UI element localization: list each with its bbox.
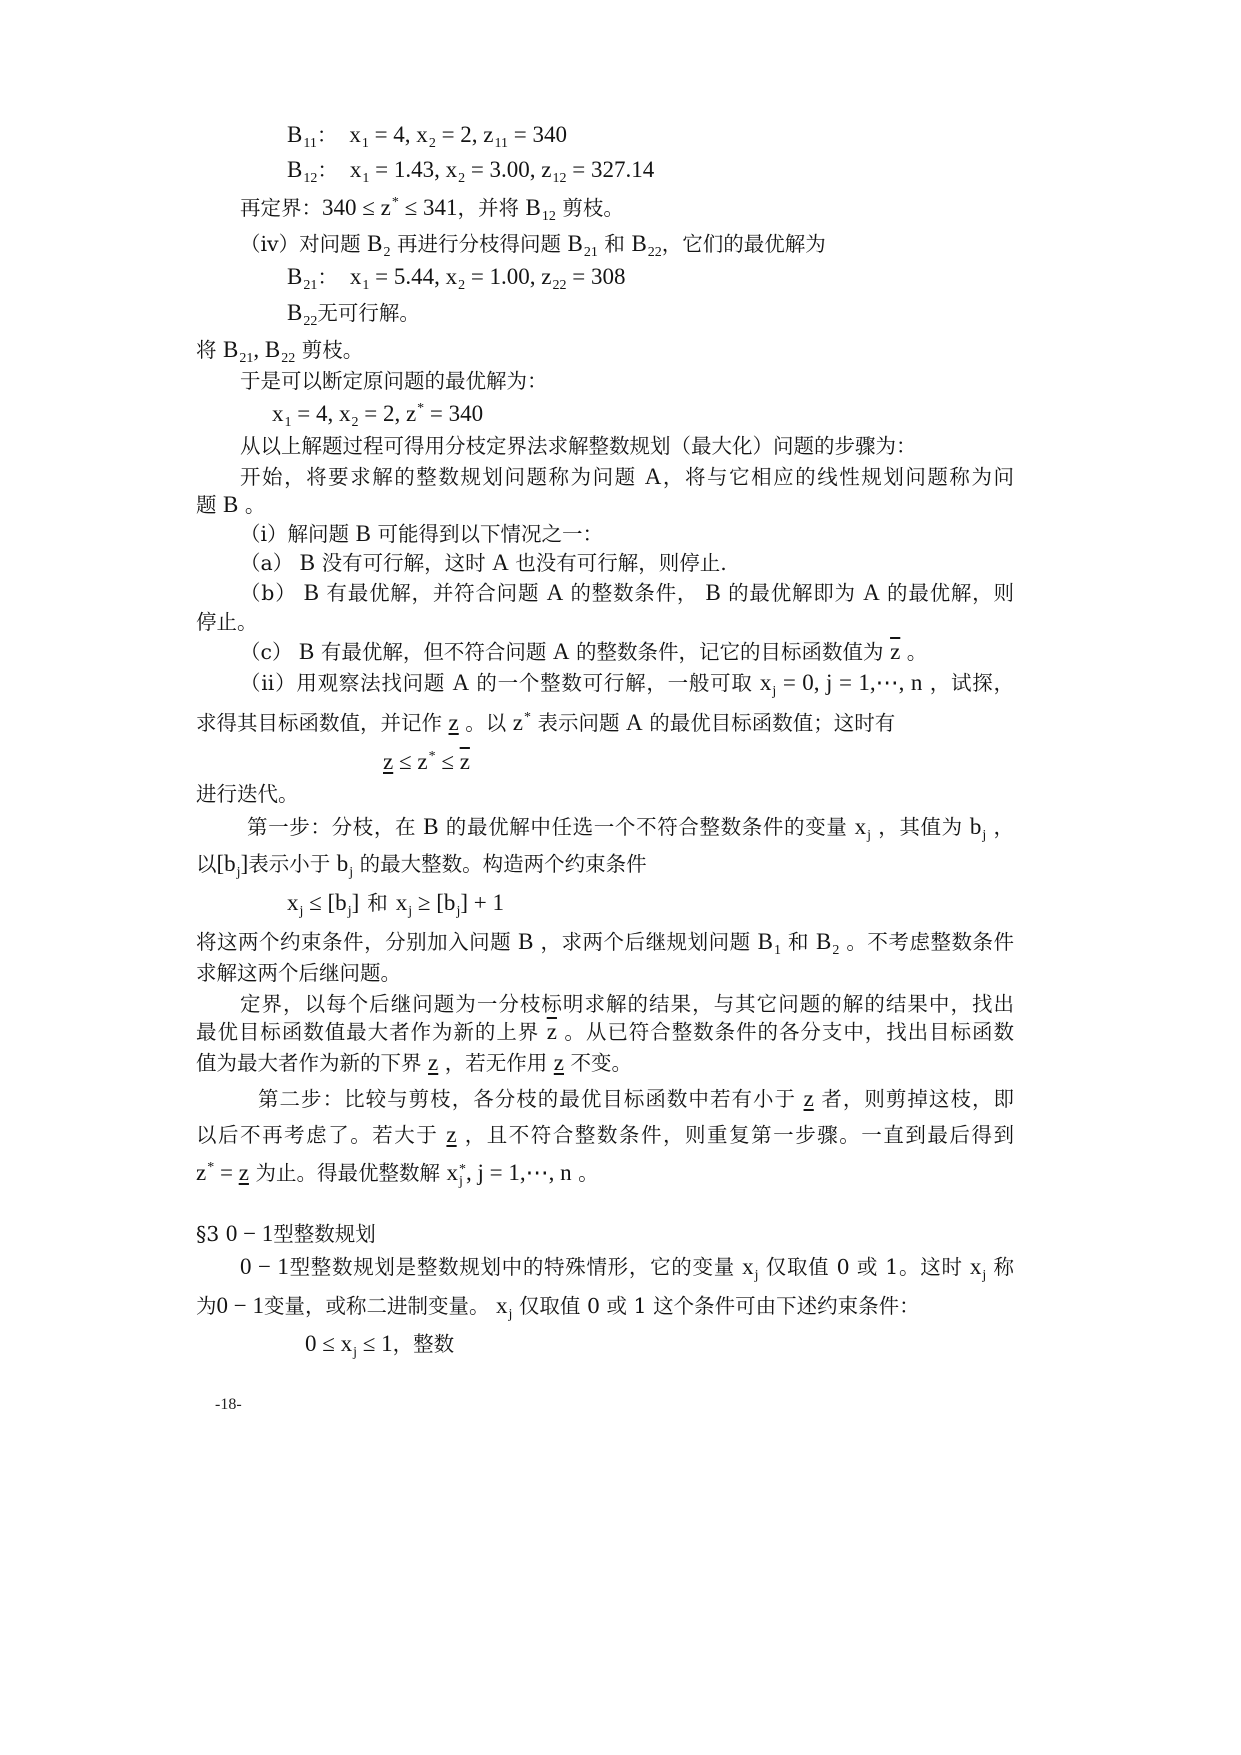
math-text: , B [253, 337, 280, 362]
superscript: * [392, 195, 399, 210]
text-line: z* = z 为止。得最优整数解 x*j, j = 1,⋯, n 。 [196, 1158, 599, 1188]
text-run: 剪枝。 [295, 338, 363, 362]
problem-label: A [645, 464, 662, 489]
text-line: 将这两个约束条件，分别加入问题 B ，求两个后继规划问题 B1 和 B2 。不考… [196, 927, 1014, 957]
text-run: ，并将 [457, 196, 525, 220]
text-run: 仅取值 0 或 1。这时 [759, 1255, 970, 1279]
text-run: 没有可行解，这时 [315, 551, 492, 575]
text-line: 以后不再考虑了。若大于 z ，且不符合整数条件，则重复第一步骤。一直到最后得到 [196, 1120, 1014, 1150]
text-run: 。以 [459, 711, 513, 735]
problem-label: B [816, 929, 831, 954]
math-text: 0 − 1 [226, 1221, 273, 1246]
problem-label: B [518, 929, 533, 954]
text-line: 值为最大者作为新的下界 z ，若无作用 z 不变。 [196, 1048, 632, 1078]
math-text: x [970, 1254, 982, 1279]
text-run: ： [317, 158, 338, 182]
math-text: x [396, 890, 408, 915]
math-text: ≤ [436, 749, 460, 774]
problem-label: B [367, 231, 382, 256]
text-run: 有最优解，并符合问题 [319, 581, 546, 605]
problem-label: B [423, 814, 438, 839]
subproblem-b11-result: B11：x1 = 4, x2 = 2, z11 = 340 [287, 120, 567, 150]
problem-label: A [863, 580, 880, 605]
text-line: 进行迭代。 [196, 779, 299, 809]
problem-label: B [631, 231, 646, 256]
text-run: （c） [240, 640, 299, 664]
subscript: 12 [542, 209, 556, 224]
lower-bound-z: z [446, 1122, 456, 1147]
problem-label: B [287, 264, 302, 289]
text-run: 最优目标函数值最大者作为新的上界 [196, 1020, 547, 1044]
document-page: B11：x1 = 4, x2 = 2, z11 = 340 B12：x1 = 1… [0, 0, 1241, 1755]
math-text: 0 − 1 [240, 1254, 289, 1279]
subscript: 22 [648, 245, 662, 260]
math-text: x [287, 890, 299, 915]
subscript: 21 [303, 278, 317, 293]
binary-constraint-formula: 0 ≤ xj ≤ 1，整数 [305, 1329, 454, 1359]
math-text: ≤ [b [303, 890, 346, 915]
text-line: （b） B 有最优解，并符合问题 A 的整数条件， B 的最优解即为 A 的最优… [240, 578, 1014, 608]
text-run: 不变。 [564, 1051, 632, 1075]
subscript: 22 [303, 314, 317, 329]
problem-label: A [626, 710, 643, 735]
subscript: 1 [362, 136, 369, 151]
text-line: 第一步：分枝，在 B 的最优解中任选一个不符合整数条件的变量 xj ，其值为 b… [247, 812, 1014, 842]
text-line: （i）解问题 B 可能得到以下情况之一： [240, 519, 603, 549]
text-run: 的整数条件， [563, 581, 705, 605]
branching-constraints: xj ≤ [bj]和xj ≥ [bj] + 1 [287, 888, 504, 918]
text-run: ，求两个后继规划问题 [534, 930, 758, 954]
text-line: 停止。 [196, 607, 258, 637]
math-text: ≤ 341 [399, 195, 458, 220]
math-text: = 1.00, z [465, 264, 551, 289]
text-run: 的最优解即为 [721, 581, 863, 605]
subscript: 21 [584, 245, 598, 260]
text-run: ，它们的最优解为 [662, 232, 826, 256]
text-run: 求得其目标函数值，并记作 [196, 711, 449, 735]
lower-bound-z: z [428, 1050, 438, 1075]
text-run: ，其值为 [871, 815, 970, 839]
bounds-inequality: z ≤ z* ≤ z [383, 747, 470, 777]
text-run: ，将与它相应的线性规划问题称为问 [661, 465, 1014, 489]
text-run: ，试探， [922, 671, 1014, 695]
problem-label: B [356, 521, 371, 546]
subscript: 12 [553, 171, 567, 186]
math-text: 0 ≤ x [305, 1331, 352, 1356]
text-run: 的一个整数可行解，一般可取 [469, 671, 760, 695]
text-run: 可能得到以下情况之一： [371, 522, 603, 546]
text-run: 的整数条件，记它的目标函数值为 [570, 640, 891, 664]
text-run: ，且不符合整数条件，则重复第一步骤。一直到最后得到 [457, 1123, 1014, 1147]
text-run: 。 [900, 640, 927, 664]
math-text: z [196, 1160, 206, 1185]
text-line: 从以上解题过程可得用分枝定界法求解整数规划（最大化）问题的步骤为： [240, 431, 917, 461]
text-run: 求解这两个后继问题。 [196, 961, 401, 985]
math-text: = 308 [567, 264, 626, 289]
lower-bound-z: z [383, 749, 393, 774]
text-run: （i）解问题 [240, 522, 356, 546]
subproblem-b12-result: B12：x1 = 1.43, x2 = 3.00, z12 = 327.14 [287, 155, 654, 185]
text-line: （ii）用观察法找问题 A 的一个整数可行解，一般可取 xj = 0, j = … [240, 668, 1014, 698]
math-text: b [970, 814, 982, 839]
text-run: 和 [781, 930, 816, 954]
subscript: 1 [285, 415, 292, 430]
text-run: 将 [196, 338, 223, 362]
text-run: 表示小于 [248, 852, 337, 876]
problem-label: B [287, 300, 302, 325]
math-text: = 340 [424, 401, 483, 426]
math-text: = 5.44, x [369, 264, 457, 289]
math-text: ≤ z [393, 749, 427, 774]
math-text: x [446, 1160, 458, 1185]
text-line: （a） B 没有可行解，这时 A 也没有可行解，则停止. [240, 548, 727, 578]
math-text: ≤ 1 [357, 1331, 393, 1356]
problem-label: B [223, 492, 238, 517]
text-run: 变量，或称二进制变量。 [264, 1294, 496, 1318]
text-run: 。从已符合整数条件的各分支中，找出目标函数 [557, 1020, 1014, 1044]
upper-bound-z: z [547, 1019, 557, 1044]
text-line: 为0 − 1变量，或称二进制变量。 xj 仅取值 0 或 1 这个条件可由下述约… [196, 1291, 920, 1321]
text-run: 和 [598, 232, 632, 256]
math-text: x [742, 1254, 754, 1279]
upper-bound-z: z [460, 749, 470, 774]
subscript: 11 [495, 136, 508, 151]
text-run: 再进行分枝得问题 [391, 232, 568, 256]
problem-label: B [705, 580, 720, 605]
text-run: 第二步：比较与剪枝，各分枝的最优目标函数中若有小于 [258, 1087, 804, 1111]
problem-label: A [547, 580, 564, 605]
text-line: 最优目标函数值最大者作为新的上界 z 。从已符合整数条件的各分支中，找出目标函数 [196, 1017, 1014, 1047]
math-text: = 4, x [369, 122, 428, 147]
math-text: b [337, 851, 349, 876]
math-text: x [496, 1293, 508, 1318]
math-text: = 2, z [436, 122, 494, 147]
math-text: = 3.00, z [465, 157, 551, 182]
lower-bound-z: z [239, 1160, 249, 1185]
text-run: 无可行解。 [317, 301, 420, 325]
text-line: 定界，以每个后继问题为一分枝标明求解的结果，与其它问题的解的结果中，找出 [240, 989, 1014, 1019]
math-text: = 4, x [292, 401, 351, 426]
math-text: = 340 [508, 122, 567, 147]
text-run: 将这两个约束条件，分别加入问题 [196, 930, 518, 954]
text-run: 从以上解题过程可得用分枝定界法求解整数规划（最大化）问题的步骤为： [240, 434, 917, 458]
text-line: 0 − 1型整数规划是整数规划中的特殊情形，它的变量 xj 仅取值 0 或 1。… [240, 1252, 1014, 1282]
text-run: 仅取值 0 或 1 这个条件可由下述约束条件： [512, 1294, 919, 1318]
text-run: 为止。得最优整数解 [249, 1161, 447, 1185]
superscript-subscript-stack: *j [459, 1163, 466, 1187]
subscript: 2 [429, 136, 436, 151]
text-run: 。 [238, 493, 265, 517]
text-run: 以后不再考虑了。若大于 [196, 1123, 446, 1147]
text-line: 于是可以断定原问题的最优解为： [240, 366, 548, 396]
math-text: z [513, 710, 523, 735]
math-text: = 327.14 [567, 157, 655, 182]
text-run: 剪枝。 [556, 196, 624, 220]
subscript: 12 [303, 171, 317, 186]
text-run: （iv）对问题 [240, 232, 367, 256]
subscript: 22 [281, 351, 295, 366]
text-run: 开始，将要求解的整数规划问题称为问题 [240, 465, 645, 489]
math-text: = 0, j = 1,⋯, n [776, 670, 922, 695]
text-run: 者，则剪掉这枝，即 [814, 1087, 1014, 1111]
text-line: （c） B 有最优解，但不符合问题 A 的整数条件，记它的目标函数值为 z 。 [240, 637, 927, 667]
text-run: 第一步：分枝，在 [247, 815, 423, 839]
math-text: x [760, 670, 772, 695]
subscript: 1 [774, 943, 781, 958]
lower-bound-z: z [804, 1086, 814, 1111]
text-run: 。 [572, 1161, 599, 1185]
text-line: 开始，将要求解的整数规划问题称为问题 A，将与它相应的线性规划问题称为问 [240, 462, 1014, 492]
text-run: 的最优解中任选一个不符合整数条件的变量 [439, 815, 855, 839]
problem-label: B [287, 157, 302, 182]
math-text: = 2, z [358, 401, 416, 426]
text-run: 值为最大者作为新的下界 [196, 1051, 428, 1075]
problem-label: B [223, 337, 238, 362]
math-text: x [350, 157, 362, 182]
problem-label: B [568, 231, 583, 256]
optimal-solution-formula: x1 = 4, x2 = 2, z* = 340 [272, 399, 483, 429]
text-line: 以[bj]表示小于 bj 的最大整数。构造两个约束条件 [196, 849, 647, 879]
problem-label: B [287, 122, 302, 147]
lower-bound-z: z [449, 710, 459, 735]
subscript: 21 [239, 351, 253, 366]
math-text: = [214, 1160, 238, 1185]
text-run: 题 [196, 493, 223, 517]
text-line: 题 B 。 [196, 490, 265, 520]
problem-label: B [299, 639, 314, 664]
subscript: 22 [553, 278, 567, 293]
text-run: 定界，以每个后继问题为一分枝标明求解的结果，与其它问题的解的结果中，找出 [240, 992, 1014, 1016]
text-run: （a） [240, 551, 300, 575]
text-run: 为 [196, 1294, 217, 1318]
problem-label: A [492, 550, 509, 575]
upper-bound-z: z [890, 639, 900, 664]
text-line: 第二步：比较与剪枝，各分枝的最优目标函数中若有小于 z 者，则剪掉这枝，即 [258, 1084, 1014, 1114]
text-run: 有最优解，但不符合问题 [314, 640, 553, 664]
text-run: ： [317, 123, 338, 147]
math-text: x [349, 122, 361, 147]
text-run: 的最大整数。构造两个约束条件 [353, 852, 647, 876]
section-number: §3 [196, 1222, 226, 1246]
problem-label: A [553, 639, 570, 664]
text-run: 表示问题 [531, 711, 626, 735]
text-run: 于是可以断定原问题的最优解为： [240, 369, 548, 393]
math-text: x [855, 814, 867, 839]
math-text: x [350, 264, 362, 289]
text-run: （ii）用观察法找问题 [240, 671, 452, 695]
text-run: 也没有可行解，则停止. [509, 551, 727, 575]
superscript: * [459, 1163, 466, 1175]
text-run: ： [317, 265, 338, 289]
problem-label: B [300, 550, 315, 575]
subscript: 2 [384, 245, 391, 260]
text-line: 求解这两个后继问题。 [196, 958, 401, 988]
lower-bound-z: z [554, 1050, 564, 1075]
text-line: （iv）对问题 B2 再进行分枝得问题 B21 和 B22，它们的最优解为 [240, 229, 826, 259]
subscript: 11 [303, 136, 316, 151]
problem-label: B [526, 195, 541, 220]
problem-label: B [304, 580, 319, 605]
text-run: 的最优解，则 [880, 581, 1014, 605]
math-text: 340 ≤ z [322, 195, 391, 220]
problem-label: A [452, 670, 469, 695]
math-text: 0 − 1 [217, 1293, 264, 1318]
math-text: , j = 1,⋯, n [466, 1160, 572, 1185]
math-text: = 1.43, x [369, 157, 457, 182]
text-run: 型整数规划是整数规划中的特殊情形，它的变量 [289, 1255, 742, 1279]
text-run: 再定界： [240, 196, 322, 220]
text-run: ， [986, 815, 1014, 839]
text-line: 求得其目标函数值，并记作 z 。以 z* 表示问题 A 的最优目标函数值；这时有 [196, 708, 895, 738]
superscript: * [429, 749, 436, 764]
text-run: ，整数 [393, 1332, 455, 1356]
subproblem-b21-result: B21：x1 = 5.44, x2 = 1.00, z22 = 308 [287, 262, 626, 292]
text-run: 进行迭代。 [196, 782, 299, 806]
text-run: ，若无作用 [438, 1051, 554, 1075]
text-run: 称 [986, 1255, 1014, 1279]
text-line: 将 B21, B22 剪枝。 [196, 335, 363, 365]
text-run: 和 [359, 891, 396, 915]
text-run: （b） [240, 581, 304, 605]
superscript: * [524, 710, 531, 725]
text-run: 以 [196, 852, 217, 876]
text-run: 停止。 [196, 610, 258, 634]
text-run: 。不考虑整数条件 [839, 930, 1014, 954]
text-run: 的最优目标函数值；这时有 [643, 711, 896, 735]
math-text: [b [217, 851, 236, 876]
math-text: x [272, 401, 284, 426]
subproblem-b22-result: B22无可行解。 [287, 298, 420, 328]
page-number: -18- [215, 1395, 242, 1415]
problem-label: B [758, 929, 773, 954]
math-text: ≥ [b [412, 890, 455, 915]
math-text: ] + 1 [460, 890, 504, 915]
text-line: 再定界：340 ≤ z* ≤ 341，并将 B12 剪枝。 [240, 193, 624, 223]
section-heading: §3 0 − 1型整数规划 [196, 1219, 376, 1249]
section-title: 型整数规划 [273, 1222, 376, 1246]
